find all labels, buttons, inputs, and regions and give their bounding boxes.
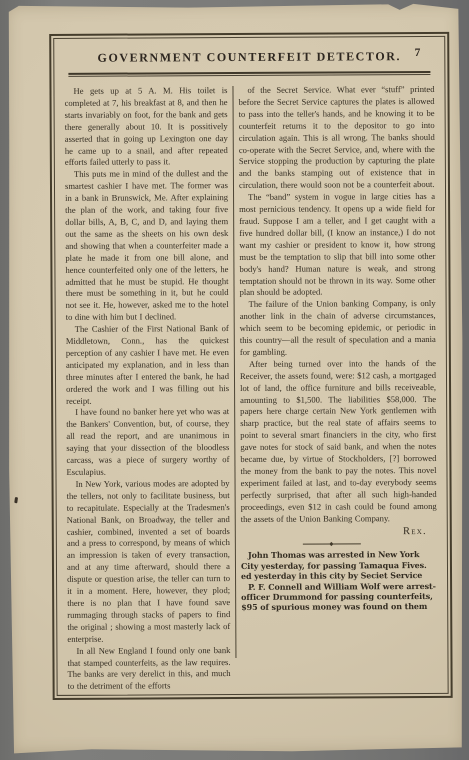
ink-speck — [14, 497, 18, 503]
paragraph: I have found no banker here yet who was … — [66, 407, 229, 479]
paragraph: This puts me in mind of the dullest and … — [65, 168, 229, 324]
paragraph: After being turned over into the hands o… — [240, 358, 437, 526]
paragraph: The Cashier of the First National Bank o… — [66, 323, 229, 407]
left-column: He gets up at 5 A. M. His toilet is comp… — [64, 85, 230, 686]
paragraph: of the Secret Service. What ever “stuff”… — [238, 84, 435, 192]
paragraph: The failure of the Union banking Company… — [240, 298, 436, 359]
masthead-rule — [68, 71, 430, 77]
news-clip-line: $95 of spurious money was found on them — [241, 601, 437, 612]
news-clip: John Thomas was arrested in New York Cit… — [241, 549, 437, 612]
text-columns: He gets up at 5 A. M. His toilet is comp… — [64, 84, 437, 686]
masthead: GOVERNMENT COUNTERFEIT DETECTOR. 7 — [64, 41, 434, 71]
right-column: of the Secret Service. What ever “stuff”… — [238, 84, 437, 685]
divider-diamond-icon — [329, 542, 333, 546]
page-number: 7 — [415, 47, 421, 59]
page-title: GOVERNMENT COUNTERFEIT DETECTOR. — [97, 49, 401, 65]
paragraph: The “band” system in vogue in large citi… — [239, 191, 436, 299]
column-divider — [232, 86, 236, 658]
photo-background: GOVERNMENT COUNTERFEIT DETECTOR. 7 He ge… — [0, 0, 469, 760]
news-clip-line: ed yesterday in this city by Seciet Serv… — [241, 570, 437, 581]
page-frame-inner: GOVERNMENT COUNTERFEIT DETECTOR. 7 He ge… — [53, 36, 448, 696]
paragraph: In New York, various modes are adopted b… — [67, 478, 231, 646]
section-divider — [303, 544, 361, 545]
paragraph: In all New England I found only one bank… — [67, 645, 230, 693]
paper-page: GOVERNMENT COUNTERFEIT DETECTOR. 7 He ge… — [6, 3, 465, 754]
signature-rex: Rex. — [241, 525, 437, 538]
page-frame: GOVERNMENT COUNTERFEIT DETECTOR. 7 He ge… — [49, 32, 452, 700]
paragraph: He gets up at 5 A. M. His toilet is comp… — [64, 85, 227, 169]
